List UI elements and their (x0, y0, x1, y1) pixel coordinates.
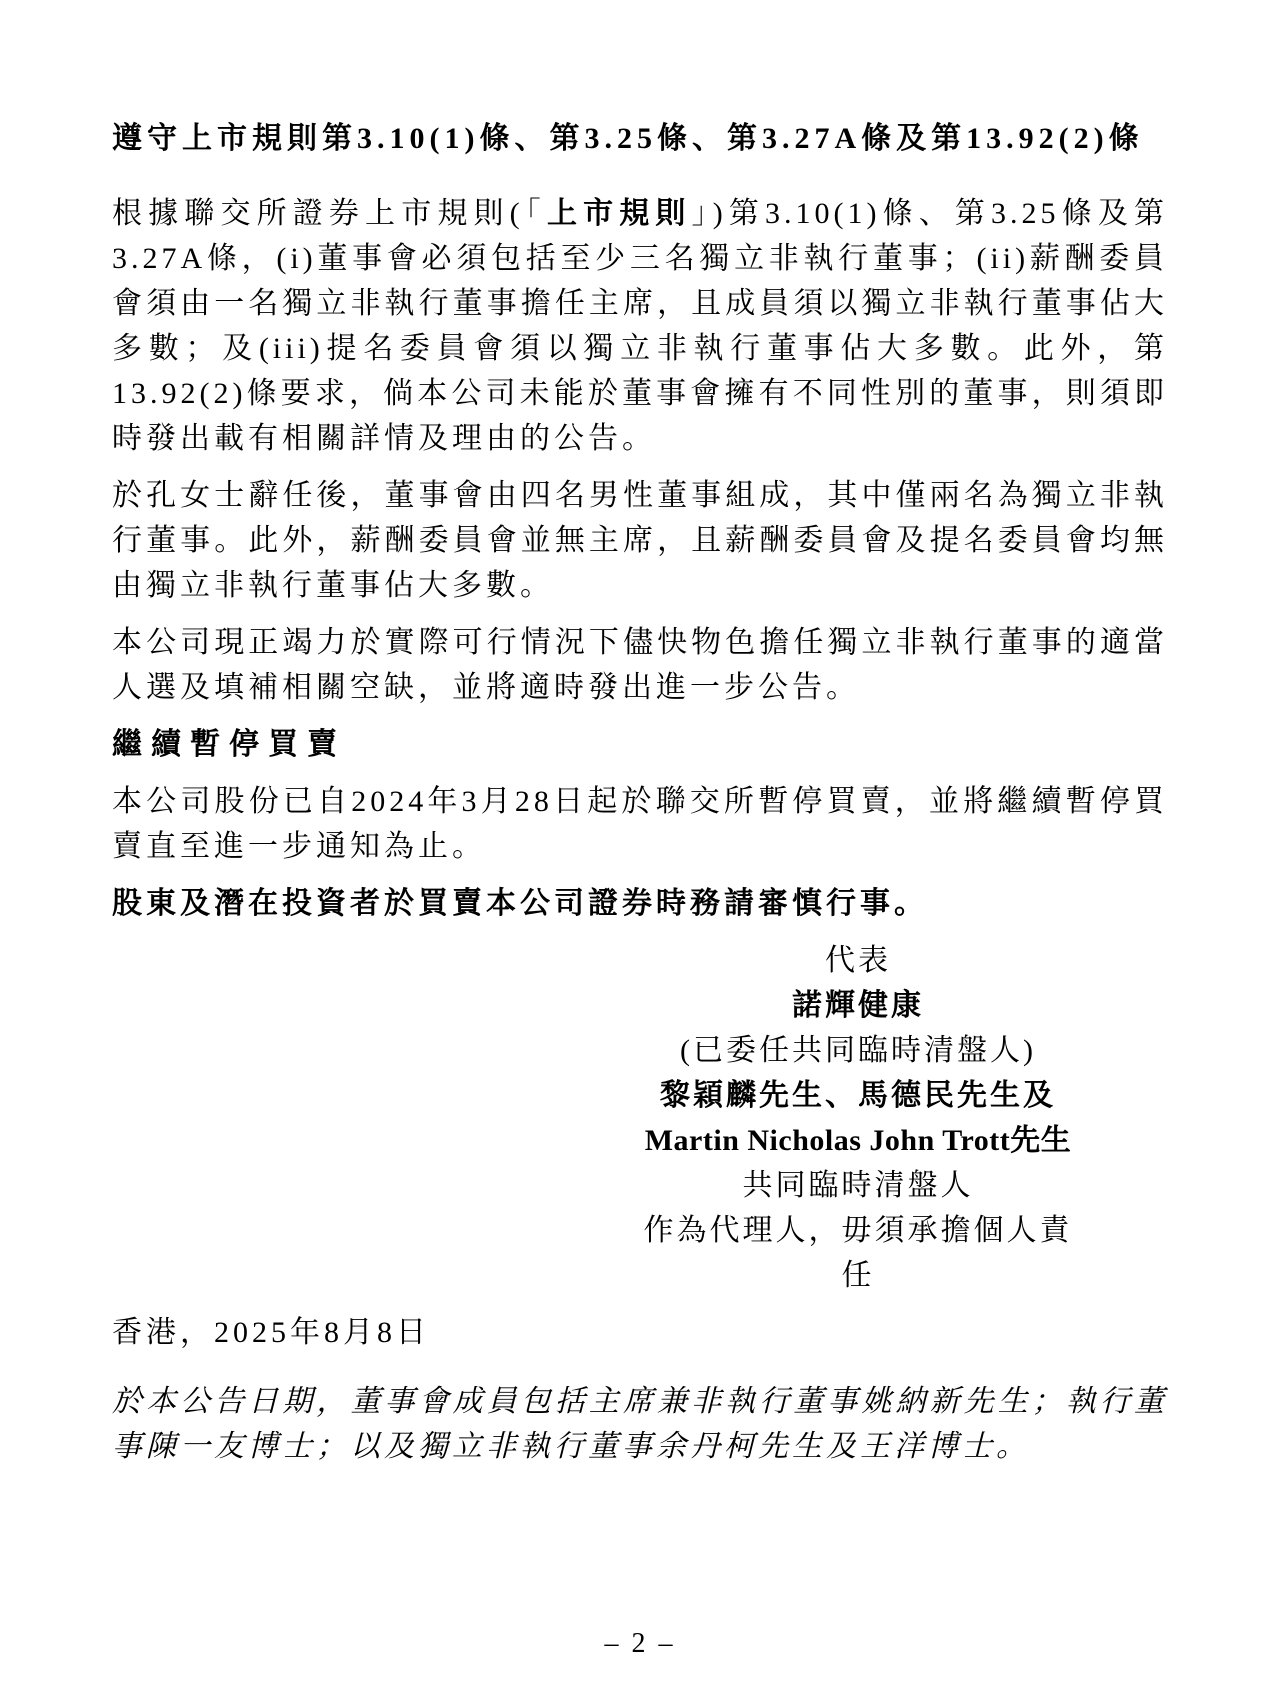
para-rule-text-pre: 根據聯交所證券上市規則(「 (112, 197, 547, 230)
sig-liquidator-names-chinese: 黎穎麟先生、馬德民先生及 (628, 1073, 1088, 1118)
sig-on-behalf: 代表 (628, 938, 1088, 983)
para-rule-text-post: 」)第3.10(1)條、第3.25條及第3.27A條，(i)董事會必須包括至少三… (112, 197, 1168, 455)
page-number: – 2 – (0, 1628, 1280, 1660)
sig-liquidator-name-english: Martin Nicholas John Trott先生 (628, 1118, 1088, 1163)
sig-jpl-appointed-note: (已委任共同臨時清盤人) (628, 1028, 1088, 1073)
sig-agent-liability-note: 作為代理人，毋須承擔個人責任 (628, 1208, 1088, 1298)
signature-block: 代表 諾輝健康 (已委任共同臨時清盤人) 黎穎麟先生、馬德民先生及 Martin… (628, 938, 1088, 1298)
para-board-after-resignation: 於孔女士辭任後，董事會由四名男性董事組成，其中僅兩名為獨立非執行董事。此外，薪酬… (112, 473, 1168, 608)
sig-company-name: 諾輝健康 (628, 983, 1088, 1028)
para-seeking-candidates: 本公司現正竭力於實際可行情況下儘快物色擔任獨立非執行董事的適當人選及填補相關空缺… (112, 620, 1168, 710)
para-trading-suspension: 本公司股份已自2024年3月28日起於聯交所暫停買賣，並將繼續暫停買賣直至進一步… (112, 779, 1168, 869)
heading-listing-rules-compliance: 遵守上市規則第3.10(1)條、第3.25條、第3.27A條及第13.92(2)… (112, 116, 1168, 161)
heading-continued-suspension: 繼續暫停買賣 (112, 722, 1168, 767)
para-current-board-members: 於本公告日期，董事會成員包括主席兼非執行董事姚納新先生；執行董事陳一友博士；以及… (112, 1379, 1168, 1469)
dateline: 香港，2025年8月8日 (112, 1310, 1168, 1355)
para-rule-defined-term: 上市規則 (547, 197, 692, 230)
document-page: 遵守上市規則第3.10(1)條、第3.25條、第3.27A條及第13.92(2)… (0, 0, 1280, 1706)
para-shareholder-caution: 股東及潛在投資者於買賣本公司證券時務請審慎行事。 (112, 881, 1168, 926)
sig-jpl-title: 共同臨時清盤人 (628, 1163, 1088, 1208)
para-listing-rule-requirements: 根據聯交所證券上市規則(「上市規則」)第3.10(1)條、第3.25條及第3.2… (112, 191, 1168, 461)
